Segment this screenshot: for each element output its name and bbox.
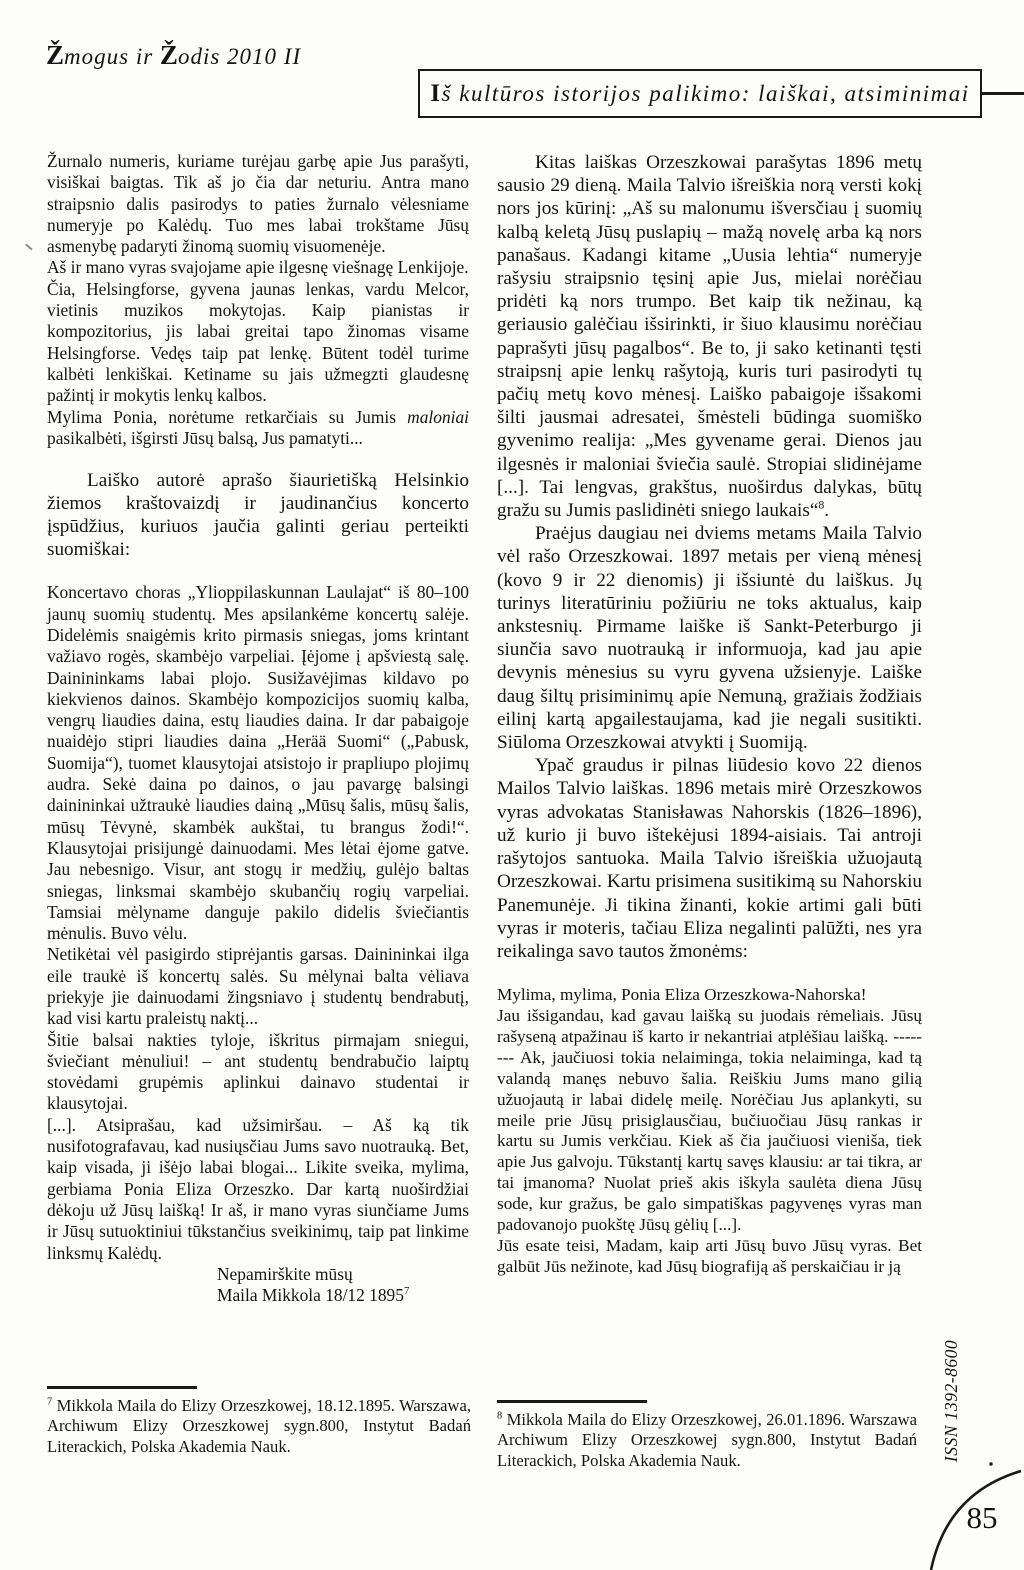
page-number: 85: [950, 1500, 1014, 1536]
section-banner-text: š kultūros istorijos palikimo: laiškai, …: [442, 81, 970, 106]
footnote-8: 8 Mikkola Maila do Elizy Orzeszkowej, 26…: [497, 1400, 917, 1471]
letter-paragraph: Šitie balsai nakties tyloje, iškritus pi…: [47, 1030, 469, 1115]
scanned-journal-page: Žmogus ir Žodis 2010 II Iš kultūros isto…: [0, 0, 1024, 1570]
footnote-marker: 7: [47, 1396, 52, 1407]
journal-title-part: mogus ir: [64, 44, 160, 69]
journal-title: Žmogus ir Žodis 2010 II: [46, 40, 301, 71]
letter-paragraph: Mylima Ponia, norėtume retkarčiais su Ju…: [47, 407, 469, 450]
letter-signature-line: Nepamirškite mūsų: [47, 1264, 469, 1285]
letter-signature-line: Maila Mikkola 18/12 18957: [47, 1285, 469, 1306]
letter-paragraph: Netikėtai vėl pasigirdo stiprėjantis gar…: [47, 944, 469, 1029]
letter-paragraph: Aš ir mano vyras svajojame apie ilgesnę …: [47, 257, 469, 278]
footnote-reference: 7: [404, 1285, 409, 1297]
quoted-letter-paragraph: Jūs esate teisi, Madam, kaip arti Jūsų b…: [497, 1236, 922, 1278]
letter-paragraph: Koncertavo choras „Ylioppilaskunnan Laul…: [47, 582, 469, 944]
article-paragraph: Kitas laiškas Orzeszkowai parašytas 1896…: [497, 151, 922, 522]
letter-paragraph: Čia, Helsingforse, gyvena jaunas lenkas,…: [47, 279, 469, 407]
section-banner-initial: I: [430, 80, 441, 107]
scan-artifact-speck: [25, 244, 32, 250]
footnote-text: Mikkola Maila do Elizy Orzeszkowej, 18.1…: [47, 1396, 471, 1456]
emphasized-word: maloniai: [407, 407, 469, 427]
article-paragraph: Praėjus daugiau nei dviems metams Maila …: [497, 522, 922, 754]
journal-title-part: odis 2010 II: [178, 44, 301, 69]
section-banner: Iš kultūros istorijos palikimo: laiškai,…: [418, 69, 982, 118]
editorial-note: Laiško autorė aprašo šiaurietišką Helsin…: [47, 470, 469, 561]
right-column: Kitas laiškas Orzeszkowai parašytas 1896…: [497, 151, 922, 1278]
letter-paragraph: Žurnalo numeris, kuriame turėjau garbę a…: [47, 151, 469, 257]
left-column: Žurnalo numeris, kuriame turėjau garbę a…: [47, 151, 469, 1306]
quoted-letter-paragraph: Mylima, mylima, Ponia Eliza Orzeszkowa-N…: [497, 985, 922, 1006]
footnote-rule: [47, 1386, 197, 1389]
footnote-7: 7 Mikkola Maila do Elizy Orzeszkowej, 18…: [47, 1386, 471, 1457]
letter-paragraph: [...]. Atsiprašau, kad užsimiršau. – Aš …: [47, 1115, 469, 1264]
journal-title-initial: Ž: [46, 40, 64, 70]
article-paragraph: Ypač graudus ir pilnas liūdesio kovo 22 …: [497, 754, 922, 963]
banner-rule-line: [980, 92, 1024, 95]
footnote-text: Mikkola Maila do Elizy Orzeszkowej, 26.0…: [497, 1410, 917, 1470]
journal-title-initial: Ž: [160, 40, 178, 70]
footnote-rule: [497, 1400, 647, 1403]
footnote-marker: 8: [497, 1410, 502, 1421]
quoted-letter-paragraph: Jau išsigandau, kad gavau laišką su juod…: [497, 1006, 922, 1236]
